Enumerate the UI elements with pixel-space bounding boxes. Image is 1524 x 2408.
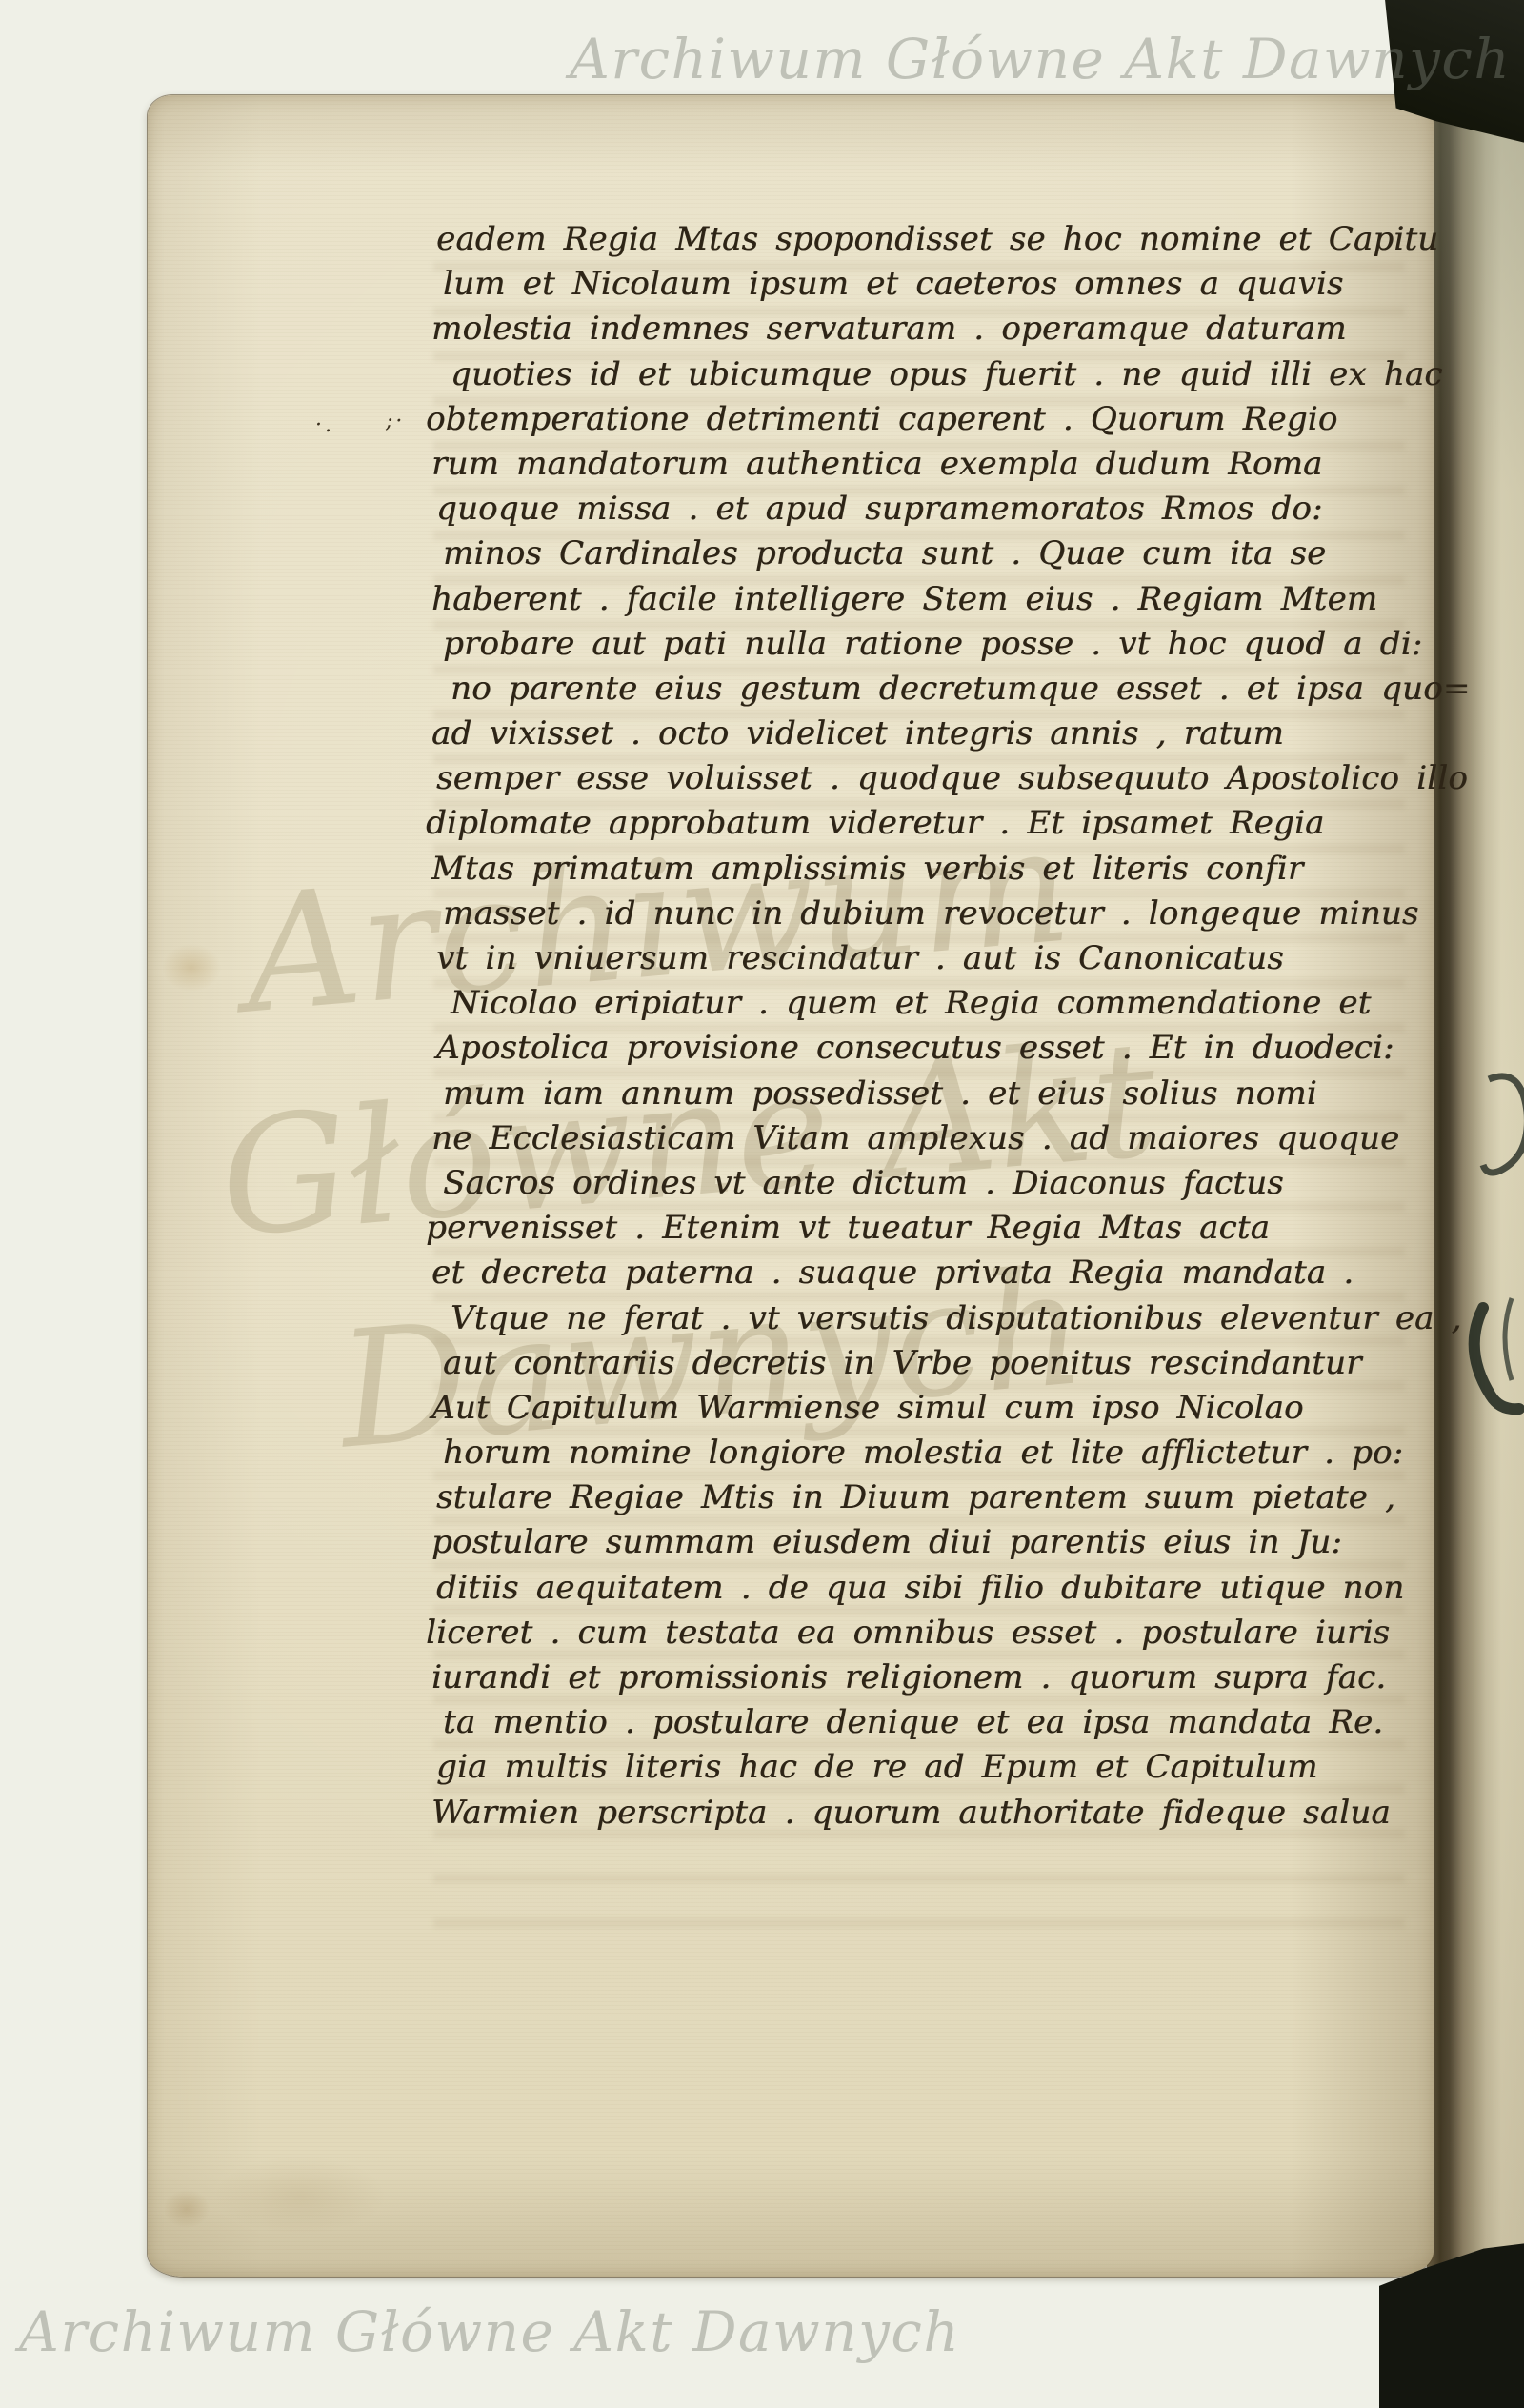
manuscript-line: obtemperatione detrimenti caperent . Quo… [426, 397, 1446, 442]
manuscript-page: Archiwum Główne Akt Dawnych ·. ;· eadem … [148, 95, 1434, 2277]
manuscript-line: Warmien perscripta . quorum authoritate … [431, 1791, 1446, 1836]
manuscript-line: Apostolica provisione consecutus esset .… [436, 1026, 1446, 1071]
manuscript-line: horum nomine longiore molestia et lite a… [443, 1431, 1446, 1475]
manuscript-line: semper esse voluisset . quodque subsequu… [436, 756, 1446, 801]
manuscript-line: mum iam annum possedisset . et eius soli… [443, 1072, 1446, 1116]
manuscript-line: lum et Nicolaum ipsum et caeteros omnes … [443, 262, 1446, 307]
margin-mark: ·. [315, 413, 334, 437]
manuscript-line: ta mentio . postulare denique et ea ipsa… [443, 1700, 1446, 1745]
manuscript-line: pervenisset . Etenim vt tueatur Regia Mt… [426, 1206, 1446, 1251]
manuscript-line: ne Ecclesiasticam Vitam amplexus . ad ma… [431, 1116, 1446, 1161]
manuscript-scan: Archiwum Główne Akt Dawnych ·. ;· eadem … [0, 0, 1524, 2408]
manuscript-line: vt in vniuersum rescindatur . aut is Can… [436, 936, 1446, 981]
manuscript-line: no parente eius gestum decretumque esset… [451, 667, 1446, 712]
paper-stain [150, 933, 233, 1002]
manuscript-line: iurandi et promissionis religionem . quo… [431, 1655, 1446, 1700]
archive-watermark-top: Archiwum Główne Akt Dawnych [570, 27, 1511, 91]
manuscript-line: aut contrariis decretis in Vrbe poenitus… [443, 1341, 1446, 1386]
paper-stain [153, 2181, 220, 2237]
handwritten-text-block: eadem Regia Mtas spopondisset se hoc nom… [436, 217, 1446, 1836]
manuscript-line: molestia indemnes servaturam . operamque… [431, 307, 1446, 351]
manuscript-line: eadem Regia Mtas spopondisset se hoc nom… [436, 217, 1446, 262]
manuscript-line: ditiis aequitatem . de qua sibi filio du… [436, 1566, 1446, 1611]
archive-watermark-bottom: Archiwum Główne Akt Dawnych [19, 2299, 960, 2364]
manuscript-line: Vtque ne ferat . vt versutis disputation… [451, 1296, 1446, 1341]
manuscript-line: Aut Capitulum Warmiense simul cum ipso N… [431, 1386, 1446, 1431]
paper-stain [186, 2143, 414, 2248]
manuscript-line: diplomate approbatum videretur . Et ipsa… [426, 801, 1446, 846]
manuscript-line: gia multis literis hac de re ad Epum et … [436, 1745, 1446, 1790]
manuscript-line: liceret . cum testata ea omnibus esset .… [426, 1611, 1446, 1655]
fore-edge-ink-flourishes [1462, 1062, 1524, 1434]
manuscript-line: masset . id nunc in dubium revocetur . l… [443, 892, 1446, 936]
manuscript-line: et decreta paterna . suaque privata Regi… [431, 1251, 1446, 1295]
manuscript-line: Sacros ordines vt ante dictum . Diaconus… [443, 1161, 1446, 1206]
manuscript-line: stulare Regiae Mtis in Diuum parentem su… [436, 1475, 1446, 1520]
manuscript-line: minos Cardinales producta sunt . Quae cu… [443, 532, 1446, 576]
margin-mark: ;· [386, 410, 405, 433]
manuscript-line: rum mandatorum authentica exempla dudum … [431, 442, 1446, 487]
manuscript-line: postulare summam eiusdem diui parentis e… [431, 1520, 1446, 1565]
manuscript-line: quoties id et ubicumque opus fuerit . ne… [451, 352, 1446, 397]
manuscript-line: ad vixisset . octo videlicet integris an… [431, 712, 1446, 756]
manuscript-line: Mtas primatum amplissimis verbis et lite… [431, 847, 1446, 892]
manuscript-line: Nicolao eripiatur . quem et Regia commen… [451, 981, 1446, 1026]
manuscript-line: haberent . facile intelligere Stem eius … [431, 577, 1446, 622]
manuscript-line: probare aut pati nulla ratione posse . v… [443, 622, 1446, 667]
manuscript-line: quoque missa . et apud supramemoratos Rm… [436, 487, 1446, 532]
